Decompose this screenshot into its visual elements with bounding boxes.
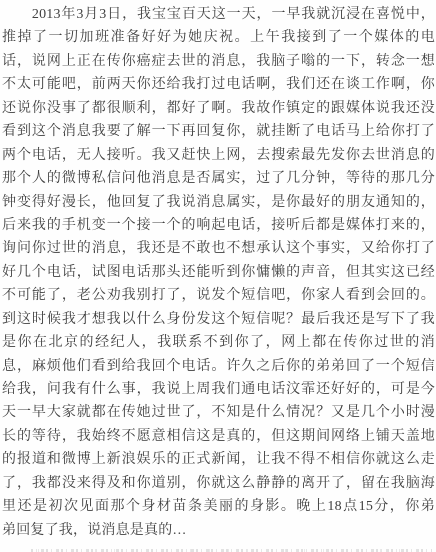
text-line: 息，麻烦他们看到给我回个电话。许久之后你的弟弟回了一个短信 [2, 355, 435, 378]
text-line: 钟变得好漫长，他回复了我说消息属实，是你最好的朋友通知的， [2, 191, 435, 214]
text-line: 是你在北京的经纪人，我联系不到你了，网上都在传你过世的消 [2, 331, 435, 354]
text-line: 好几个电话，试图电话那头还能听到你慵懒的声音，但其实这已经 [2, 261, 435, 284]
text-line: 看到这个消息我要了解一下再回复你，就挂断了电话马上给你打了 [2, 120, 435, 143]
text-line: 天一早大家就都在传她过世了，不知是什么情况？又是几个小时漫 [2, 401, 435, 424]
text-line: 不可能了，老公劝我别打了，说发个短信吧，你家人看到会回的。 [2, 284, 435, 307]
text-line: 那个人的微博私信问他消息是否属实，过了几分钟，等待的那几分 [2, 167, 435, 190]
text-line: 里还是初次见面那个身材苗条美丽的身影。晚上18点15分，你弟 [2, 495, 435, 518]
text-line: 两个电话，无人接听。我又赶快上网，去搜索最先发你去世消息的 [2, 144, 435, 167]
article-page: 2013年3月3日，我宝宝百天这一天，一早我就沉浸在喜悦中， 推掉了一切加班准备… [0, 0, 436, 552]
text-line: 到这时候我才想我以什么身份发这个短信呢？最后我还是写下了我 [2, 308, 435, 331]
text-line: 后来我的手机变一个接一个的响起电话，接听后都是媒体打来的， [2, 214, 435, 237]
text-line: 长的等待，我始终不愿意相信这是真的，但这期间网络上铺天盖地 [2, 425, 435, 448]
text-line: 了，我都没来得及和你道别，你就这么静静的离开了，留在我脑海 [2, 472, 435, 495]
text-line: 话，说网上正在传你癌症去世的消息，我脑子嗡的一下，转念一想 [2, 50, 435, 73]
text-line: 给我，问我有什么事，我说上周我们通电话汶霏还好好的，可是今 [2, 378, 435, 401]
text-line: 2013年3月3日，我宝宝百天这一天，一早我就沉浸在喜悦中， [2, 3, 435, 26]
text-line: 还说你没事了都很顺利，都好了啊。我故作镇定的跟媒体说我还没 [2, 97, 435, 120]
memoir-paragraph: 2013年3月3日，我宝宝百天这一天，一早我就沉浸在喜悦中， 推掉了一切加班准备… [0, 0, 436, 542]
text-line: 推掉了一切加班准备好好为她庆祝。上午我接到了一个媒体的电 [2, 26, 435, 49]
clipped-next-line [31, 549, 432, 552]
text-line: 弟回复了我，说消息是真的… [2, 519, 435, 542]
text-line: 不太可能吧，前两天你还给我打过电话啊，我们还在谈工作啊，你 [2, 73, 435, 96]
text-line: 的报道和微博上新浪娱乐的正式新闻，让我不得不相信你就这么走 [2, 448, 435, 471]
text-line: 询问你过世的消息，我还是不敢也不想承认这个事实，又给你打了 [2, 237, 435, 260]
